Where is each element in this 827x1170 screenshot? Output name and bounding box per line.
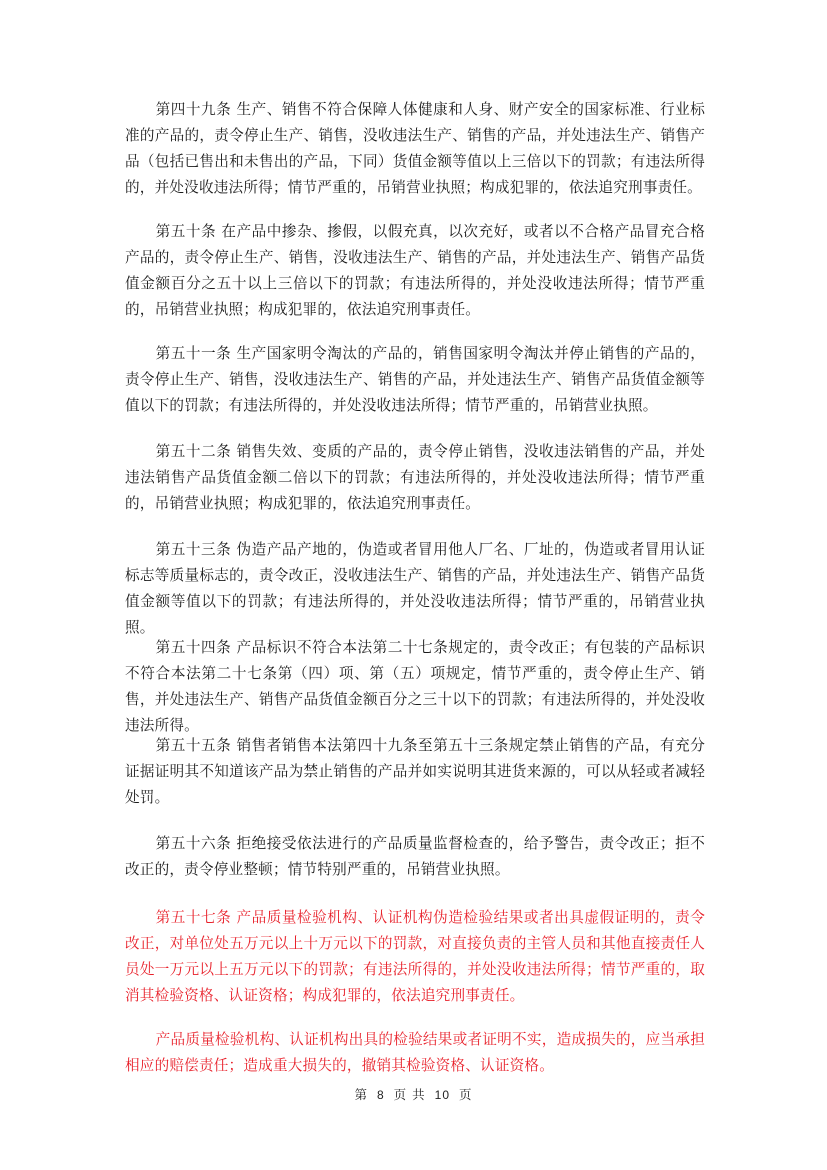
article-51-paragraph: 第五十一条 生产国家明令淘汰的产品的，销售国家明令淘汰并停止销售的产品的，责令停… <box>125 341 705 419</box>
total-page-count: 10 <box>435 1088 450 1102</box>
page-footer: 第 8 页 共 10 页 <box>0 1085 827 1103</box>
article-57-paragraph: 第五十七条 产品质量检验机构、认证机构伪造检验结果或者出具虚假证明的，责令改正，… <box>125 905 705 1009</box>
footer-prefix: 第 <box>355 1087 369 1102</box>
article-55-paragraph: 第五十五条 销售者销售本法第四十九条至第五十三条规定禁止销售的产品，有充分证据证… <box>125 733 705 811</box>
article-57-continuation-paragraph: 产品质量检验机构、认证机构出具的检验结果或者证明不实，造成损失的，应当承担相应的… <box>125 1027 705 1079</box>
document-page: 第四十九条 生产、销售不符合保障人体健康和人身、财产安全的国家标准、行业标准的产… <box>0 0 827 1170</box>
article-50-paragraph: 第五十条 在产品中掺杂、掺假，以假充真，以次充好，或者以不合格产品冒充合格产品的… <box>125 219 705 323</box>
article-54-paragraph: 第五十四条 产品标识不符合本法第二十七条规定的，责令改正；有包装的产品标识不符合… <box>125 635 705 739</box>
article-56-paragraph: 第五十六条 拒绝接受依法进行的产品质量监督检查的，给予警告，责令改正；拒不改正的… <box>125 831 705 883</box>
footer-suffix: 页 <box>459 1087 473 1102</box>
article-49-paragraph: 第四十九条 生产、销售不符合保障人体健康和人身、财产安全的国家标准、行业标准的产… <box>125 97 705 201</box>
footer-middle: 页 共 <box>394 1087 426 1102</box>
current-page-number: 8 <box>377 1088 385 1102</box>
article-53-paragraph: 第五十三条 伪造产品产地的，伪造或者冒用他人厂名、厂址的，伪造或者冒用认证标志等… <box>125 537 705 641</box>
article-52-paragraph: 第五十二条 销售失效、变质的产品的，责令停止销售，没收违法销售的产品，并处违法销… <box>125 439 705 517</box>
